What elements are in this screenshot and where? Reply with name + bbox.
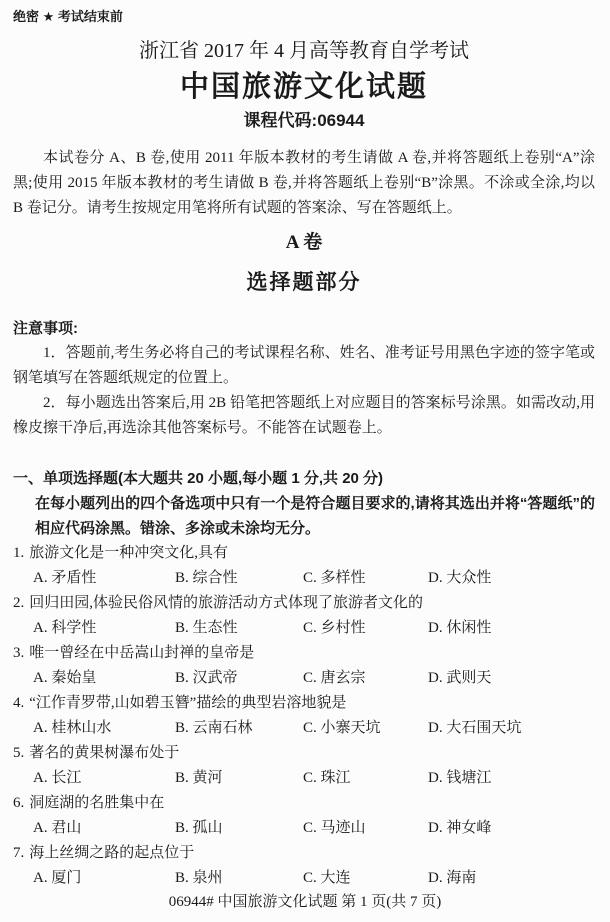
- option-d: D. 海南: [428, 866, 595, 891]
- options-row: A. 厦门 B. 泉州 C. 大连 D. 海南: [33, 866, 595, 891]
- option-b: B. 云南石林: [175, 716, 303, 741]
- option-a: A. 君山: [33, 816, 175, 841]
- question-number: 1.: [13, 545, 24, 561]
- page-footer: 06944# 中国旅游文化试题 第 1 页(共 7 页): [0, 892, 610, 912]
- note-item-1: 1．答题前,考生务必将自己的考试课程名称、姓名、准考证号用黑色字迹的签字笔或钢笔…: [13, 341, 595, 391]
- question-stem: 海上丝绸之路的起点位于: [29, 845, 194, 861]
- question-2: 2.回归田园,体验民俗风情的旅游活动方式体现了旅游者文化的 A. 科学性 B. …: [13, 591, 595, 641]
- exam-paper-page: 绝密 ★ 考试结束前 浙江省 2017 年 4 月高等教育自学考试 中国旅游文化…: [0, 0, 610, 922]
- section-heading: 选择题部分: [13, 269, 595, 297]
- question-4: 4.“江作青罗带,山如碧玉簪”描绘的典型岩溶地貌是 A. 桂林山水 B. 云南石…: [13, 691, 595, 741]
- option-c: C. 马迹山: [303, 816, 428, 841]
- question-1: 1.旅游文化是一种冲突文化,具有 A. 矛盾性 B. 综合性 C. 多样性 D.…: [13, 541, 595, 591]
- option-c: C. 珠江: [303, 766, 428, 791]
- exam-title: 中国旅游文化试题: [13, 68, 595, 106]
- option-a: A. 长江: [33, 766, 175, 791]
- question-stem: “江作青罗带,山如碧玉簪”描绘的典型岩溶地貌是: [29, 695, 346, 711]
- classification-banner: 绝密 ★ 考试结束前: [13, 8, 595, 26]
- question-5: 5.著名的黄果树瀑布处于 A. 长江 B. 黄河 C. 珠江 D. 钱塘江: [13, 741, 595, 791]
- exam-session-title: 浙江省 2017 年 4 月高等教育自学考试: [13, 38, 595, 64]
- notes-heading: 注意事项:: [13, 316, 595, 341]
- option-c: C. 多样性: [303, 566, 428, 591]
- question-stem: 洞庭湖的名胜集中在: [29, 795, 164, 811]
- question-stem: 回归田园,体验民俗风情的旅游活动方式体现了旅游者文化的: [29, 595, 423, 611]
- option-b: B. 泉州: [175, 866, 303, 891]
- question-stem: 旅游文化是一种冲突文化,具有: [29, 545, 228, 561]
- option-c: C. 唐玄宗: [303, 666, 428, 691]
- option-a: A. 矛盾性: [33, 566, 175, 591]
- part-one-heading: 一、单项选择题(本大题共 20 小题,每小题 1 分,共 20 分): [13, 466, 595, 491]
- option-a: A. 科学性: [33, 616, 175, 641]
- option-b: B. 综合性: [175, 566, 303, 591]
- question-6: 6.洞庭湖的名胜集中在 A. 君山 B. 孤山 C. 马迹山 D. 神女峰: [13, 791, 595, 841]
- option-a: A. 厦门: [33, 866, 175, 891]
- option-b: B. 汉武帝: [175, 666, 303, 691]
- option-c: C. 小寨天坑: [303, 716, 428, 741]
- question-3: 3.唯一曾经在中岳嵩山封禅的皇帝是 A. 秦始皇 B. 汉武帝 C. 唐玄宗 D…: [13, 641, 595, 691]
- option-d: D. 钱塘江: [428, 766, 595, 791]
- question-number: 2.: [13, 595, 24, 611]
- option-b: B. 孤山: [175, 816, 303, 841]
- option-b: B. 生态性: [175, 616, 303, 641]
- options-row: A. 长江 B. 黄河 C. 珠江 D. 钱塘江: [33, 766, 595, 791]
- question-number: 6.: [13, 795, 24, 811]
- question-stem: 著名的黄果树瀑布处于: [29, 745, 179, 761]
- option-b: B. 黄河: [175, 766, 303, 791]
- options-row: A. 科学性 B. 生态性 C. 乡村性 D. 休闲性: [33, 616, 595, 641]
- volume-heading: A 卷: [13, 230, 595, 256]
- course-code: 课程代码:06944: [13, 109, 595, 133]
- option-d: D. 武则天: [428, 666, 595, 691]
- options-row: A. 秦始皇 B. 汉武帝 C. 唐玄宗 D. 武则天: [33, 666, 595, 691]
- options-row: A. 桂林山水 B. 云南石林 C. 小寨天坑 D. 大石围天坑: [33, 716, 595, 741]
- question-number: 7.: [13, 845, 24, 861]
- note-item-2: 2．每小题选出答案后,用 2B 铅笔把答题纸上对应题目的答案标号涂黑。如需改动,…: [13, 391, 595, 441]
- question-stem: 唯一曾经在中岳嵩山封禅的皇帝是: [29, 645, 254, 661]
- option-c: C. 大连: [303, 866, 428, 891]
- question-number: 3.: [13, 645, 24, 661]
- option-a: A. 秦始皇: [33, 666, 175, 691]
- option-a: A. 桂林山水: [33, 716, 175, 741]
- option-c: C. 乡村性: [303, 616, 428, 641]
- options-row: A. 矛盾性 B. 综合性 C. 多样性 D. 大众性: [33, 566, 595, 591]
- options-row: A. 君山 B. 孤山 C. 马迹山 D. 神女峰: [33, 816, 595, 841]
- question-number: 4.: [13, 695, 24, 711]
- option-d: D. 神女峰: [428, 816, 595, 841]
- option-d: D. 大石围天坑: [428, 716, 595, 741]
- option-d: D. 休闲性: [428, 616, 595, 641]
- intro-paragraph: 本试卷分 A、B 卷,使用 2011 年版本教材的考生请做 A 卷,并将答题纸上…: [13, 146, 595, 221]
- question-7: 7.海上丝绸之路的起点位于 A. 厦门 B. 泉州 C. 大连 D. 海南: [13, 841, 595, 891]
- part-one-instruction: 在每小题列出的四个备选项中只有一个是符合题目要求的,请将其选出并将“答题纸”的相…: [35, 491, 595, 541]
- question-number: 5.: [13, 745, 24, 761]
- option-d: D. 大众性: [428, 566, 595, 591]
